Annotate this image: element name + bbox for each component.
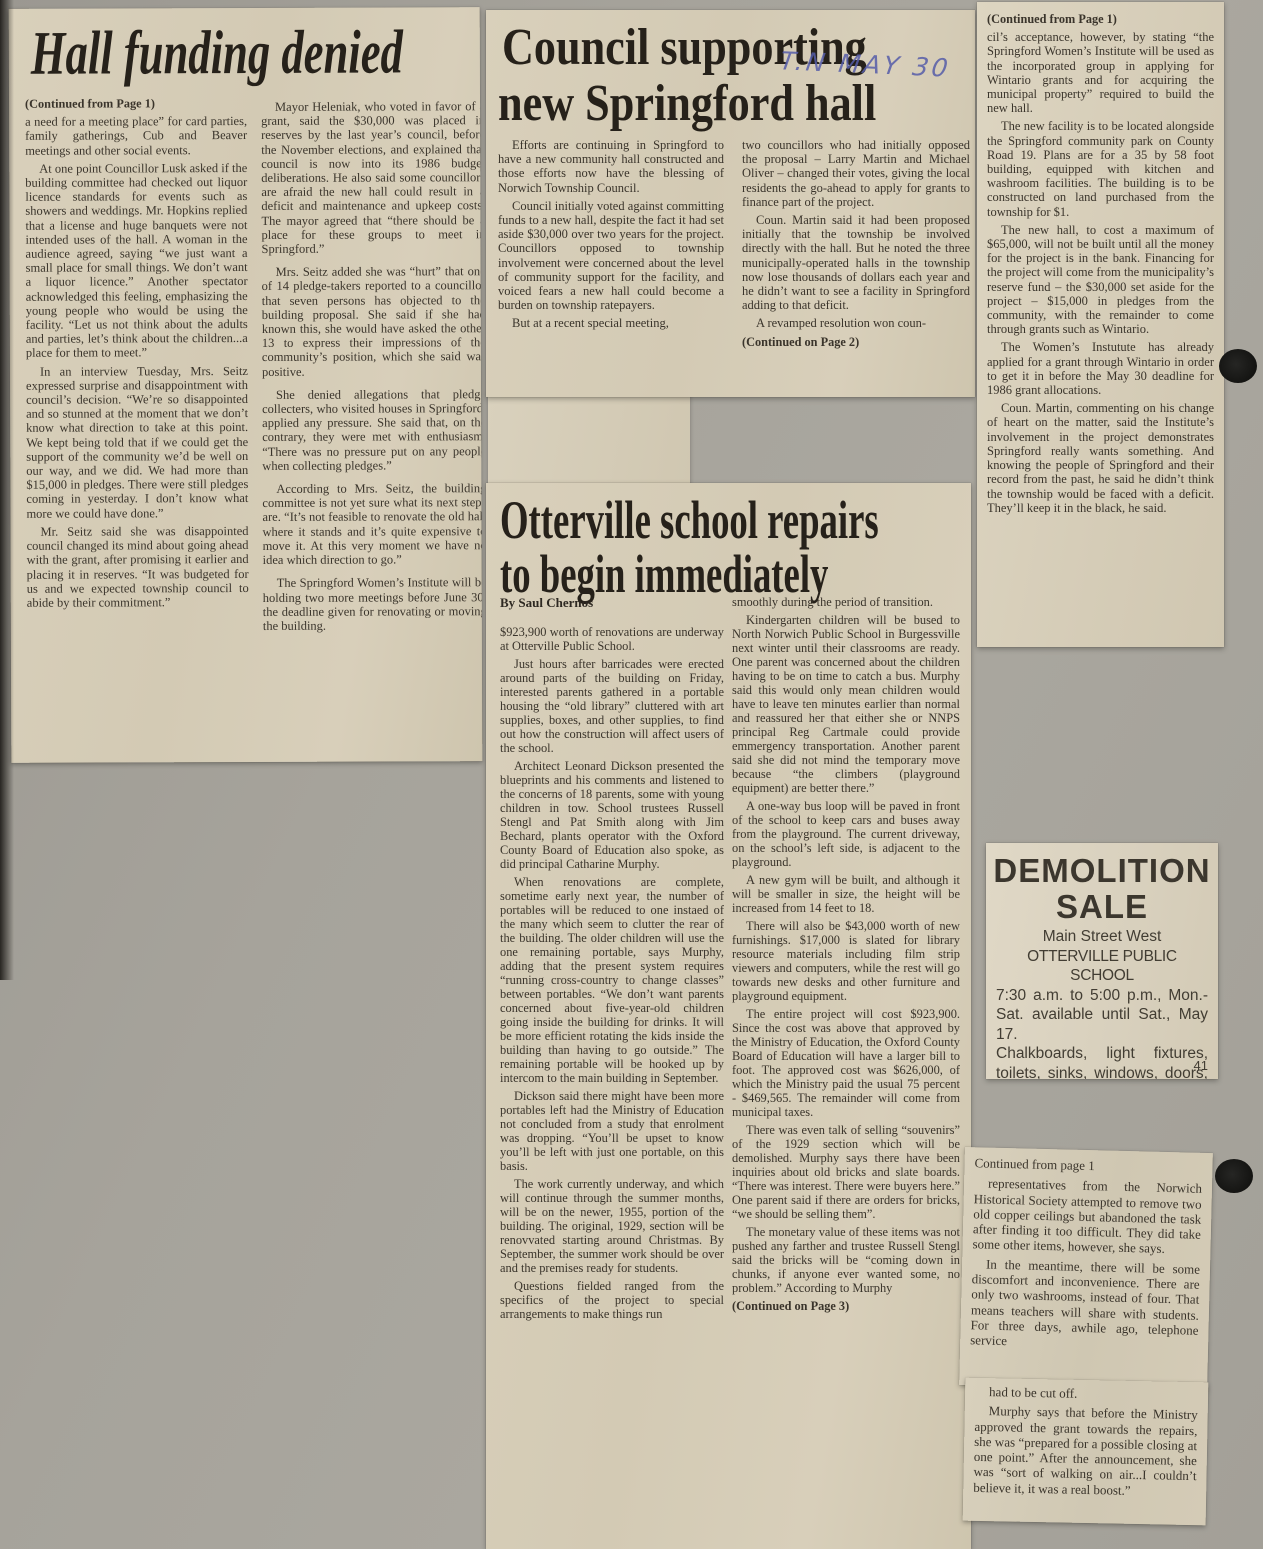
- paragraph: representatives from the Norwich Histori…: [972, 1176, 1202, 1258]
- clipping-demolition-sale-ad: DEMOLITION SALE Main Street West OTTERVI…: [986, 843, 1218, 1079]
- council-column-2: two councillors who had initially oppose…: [742, 138, 970, 349]
- paragraph: But at a recent special meeting,: [498, 316, 724, 330]
- ad-items: Chalkboards, light fixtures, toilets, si…: [996, 1044, 1208, 1079]
- clipping-school-continuation-top: Continued from page 1 representatives fr…: [959, 1147, 1213, 1391]
- paragraph: The work currently underway, and which w…: [500, 1177, 724, 1275]
- demolition-sale-title-line1: DEMOLITION: [986, 853, 1218, 889]
- council-column-1: Efforts are continuing in Springford to …: [498, 138, 724, 331]
- paragraph: Kindergarten children will be bused to N…: [732, 613, 960, 795]
- paragraph: The new facility is to be located alongs…: [987, 119, 1214, 218]
- clipping-otterville-school: Otterville school repairs to begin immed…: [486, 483, 971, 1549]
- paragraph: The new hall, to cost a maximum of $65,0…: [987, 223, 1214, 337]
- paragraph: a need for a meeting place” for card par…: [25, 114, 247, 157]
- continued-from-label: Continued from page 1: [974, 1155, 1202, 1176]
- paragraph: A one-way bus loop will be paved in fron…: [732, 799, 960, 869]
- paragraph: A new gym will be built, and although it…: [732, 873, 960, 915]
- blank-clipping-fragment: [488, 392, 690, 487]
- paragraph: cil’s acceptance, however, by stating “t…: [987, 30, 1214, 115]
- paragraph: two councillors who had initially oppose…: [742, 138, 970, 209]
- continued-from-label: (Continued from Page 1): [25, 96, 247, 111]
- continuation-column: (Continued from Page 1) cil’s acceptance…: [987, 12, 1214, 515]
- paragraph: Questions fielded ranged from the specif…: [500, 1279, 724, 1321]
- paragraph: There was even talk of selling “souvenir…: [732, 1123, 960, 1221]
- hole-punch-bottom: [1215, 1159, 1253, 1193]
- paragraph: Mr. Seitz said she was disappointed coun…: [26, 524, 248, 610]
- paragraph: Murphy says that before the Ministry app…: [973, 1403, 1198, 1499]
- clipping-school-continuation-bottom: had to be cut off. Murphy says that befo…: [963, 1378, 1209, 1526]
- paragraph: Mrs. Seitz added she was “hurt” that one…: [262, 264, 483, 378]
- ad-page-number: 41: [1194, 1058, 1208, 1073]
- headline-otterville-line2: to begin immediately: [500, 547, 971, 601]
- paragraph: The Springford Women’s Institute will be…: [263, 575, 483, 633]
- paragraph: smoothly during the period of transition…: [732, 595, 960, 609]
- headline-otterville-line1: Otterville school repairs: [500, 493, 971, 547]
- paragraph: The monetary value of these items was no…: [732, 1225, 960, 1295]
- byline-saul-chernos: By Saul Chernos: [500, 595, 593, 611]
- paragraph: Council initially voted against committi…: [498, 199, 724, 313]
- ad-hours: 7:30 a.m. to 5:00 p.m., Mon.-Sat. availa…: [996, 986, 1208, 1045]
- paragraph: In the meantime, there will be some disc…: [970, 1256, 1200, 1353]
- paragraph: According to Mrs. Seitz, the building co…: [262, 481, 482, 567]
- continued-from-label: (Continued from Page 1): [987, 12, 1214, 26]
- paragraph: Architect Leonard Dickson presented the …: [500, 759, 724, 871]
- paragraph: She denied allegations that pledge colle…: [262, 387, 482, 473]
- demolition-sale-title-line2: SALE: [986, 889, 1218, 925]
- hall-column-1: (Continued from Page 1) a need for a mee…: [25, 96, 249, 610]
- paragraph: Dickson said there might have been more …: [500, 1089, 724, 1173]
- scrapbook-page: Hall funding denied (Continued from Page…: [0, 0, 1263, 1549]
- hall-column-2: Mayor Heleniak, who voted in favor of a …: [261, 99, 482, 633]
- paragraph: When renovations are complete, sometime …: [500, 875, 724, 1085]
- paragraph: Just hours after barricades were erected…: [500, 657, 724, 755]
- otterville-column-1: $923,900 worth of renovations are underw…: [500, 625, 724, 1321]
- hole-punch-top: [1219, 349, 1257, 383]
- paragraph: The Women’s Instutute has already applie…: [987, 340, 1214, 397]
- continued-on-label: (Continued on Page 3): [732, 1299, 960, 1313]
- continued-on-label: (Continued on Page 2): [742, 335, 970, 349]
- paragraph: There will also be $43,000 worth of new …: [732, 919, 960, 1003]
- paragraph: Mayor Heleniak, who voted in favor of a …: [261, 99, 482, 256]
- paragraph: Coun. Martin, commenting on his change o…: [987, 401, 1214, 515]
- paragraph: A revamped resolution won coun-: [742, 316, 970, 330]
- otterville-column-2: smoothly during the period of transition…: [732, 595, 960, 1313]
- headline-council-supporting-line2: new Springford hall: [498, 78, 943, 130]
- paragraph: In an interview Tuesday, Mrs. Seitz expr…: [26, 364, 249, 521]
- paragraph: had to be cut off.: [975, 1384, 1198, 1404]
- paragraph: Coun. Martin said it had been proposed i…: [742, 213, 970, 312]
- paragraph: At one point Councillor Lusk asked if th…: [25, 161, 248, 361]
- paragraph: $923,900 worth of renovations are underw…: [500, 625, 724, 653]
- ad-address: Main Street West: [996, 927, 1208, 947]
- paragraph: The entire project will cost $923,900. S…: [732, 1007, 960, 1119]
- clipping-hall-funding-denied: Hall funding denied (Continued from Page…: [9, 7, 483, 763]
- ad-school-name: OTTERVILLE PUBLIC SCHOOL: [996, 947, 1208, 986]
- headline-hall-funding-denied: Hall funding denied: [31, 21, 483, 85]
- paragraph: Efforts are continuing in Springford to …: [498, 138, 724, 195]
- clipping-council-continuation: (Continued from Page 1) cil’s acceptance…: [977, 2, 1224, 647]
